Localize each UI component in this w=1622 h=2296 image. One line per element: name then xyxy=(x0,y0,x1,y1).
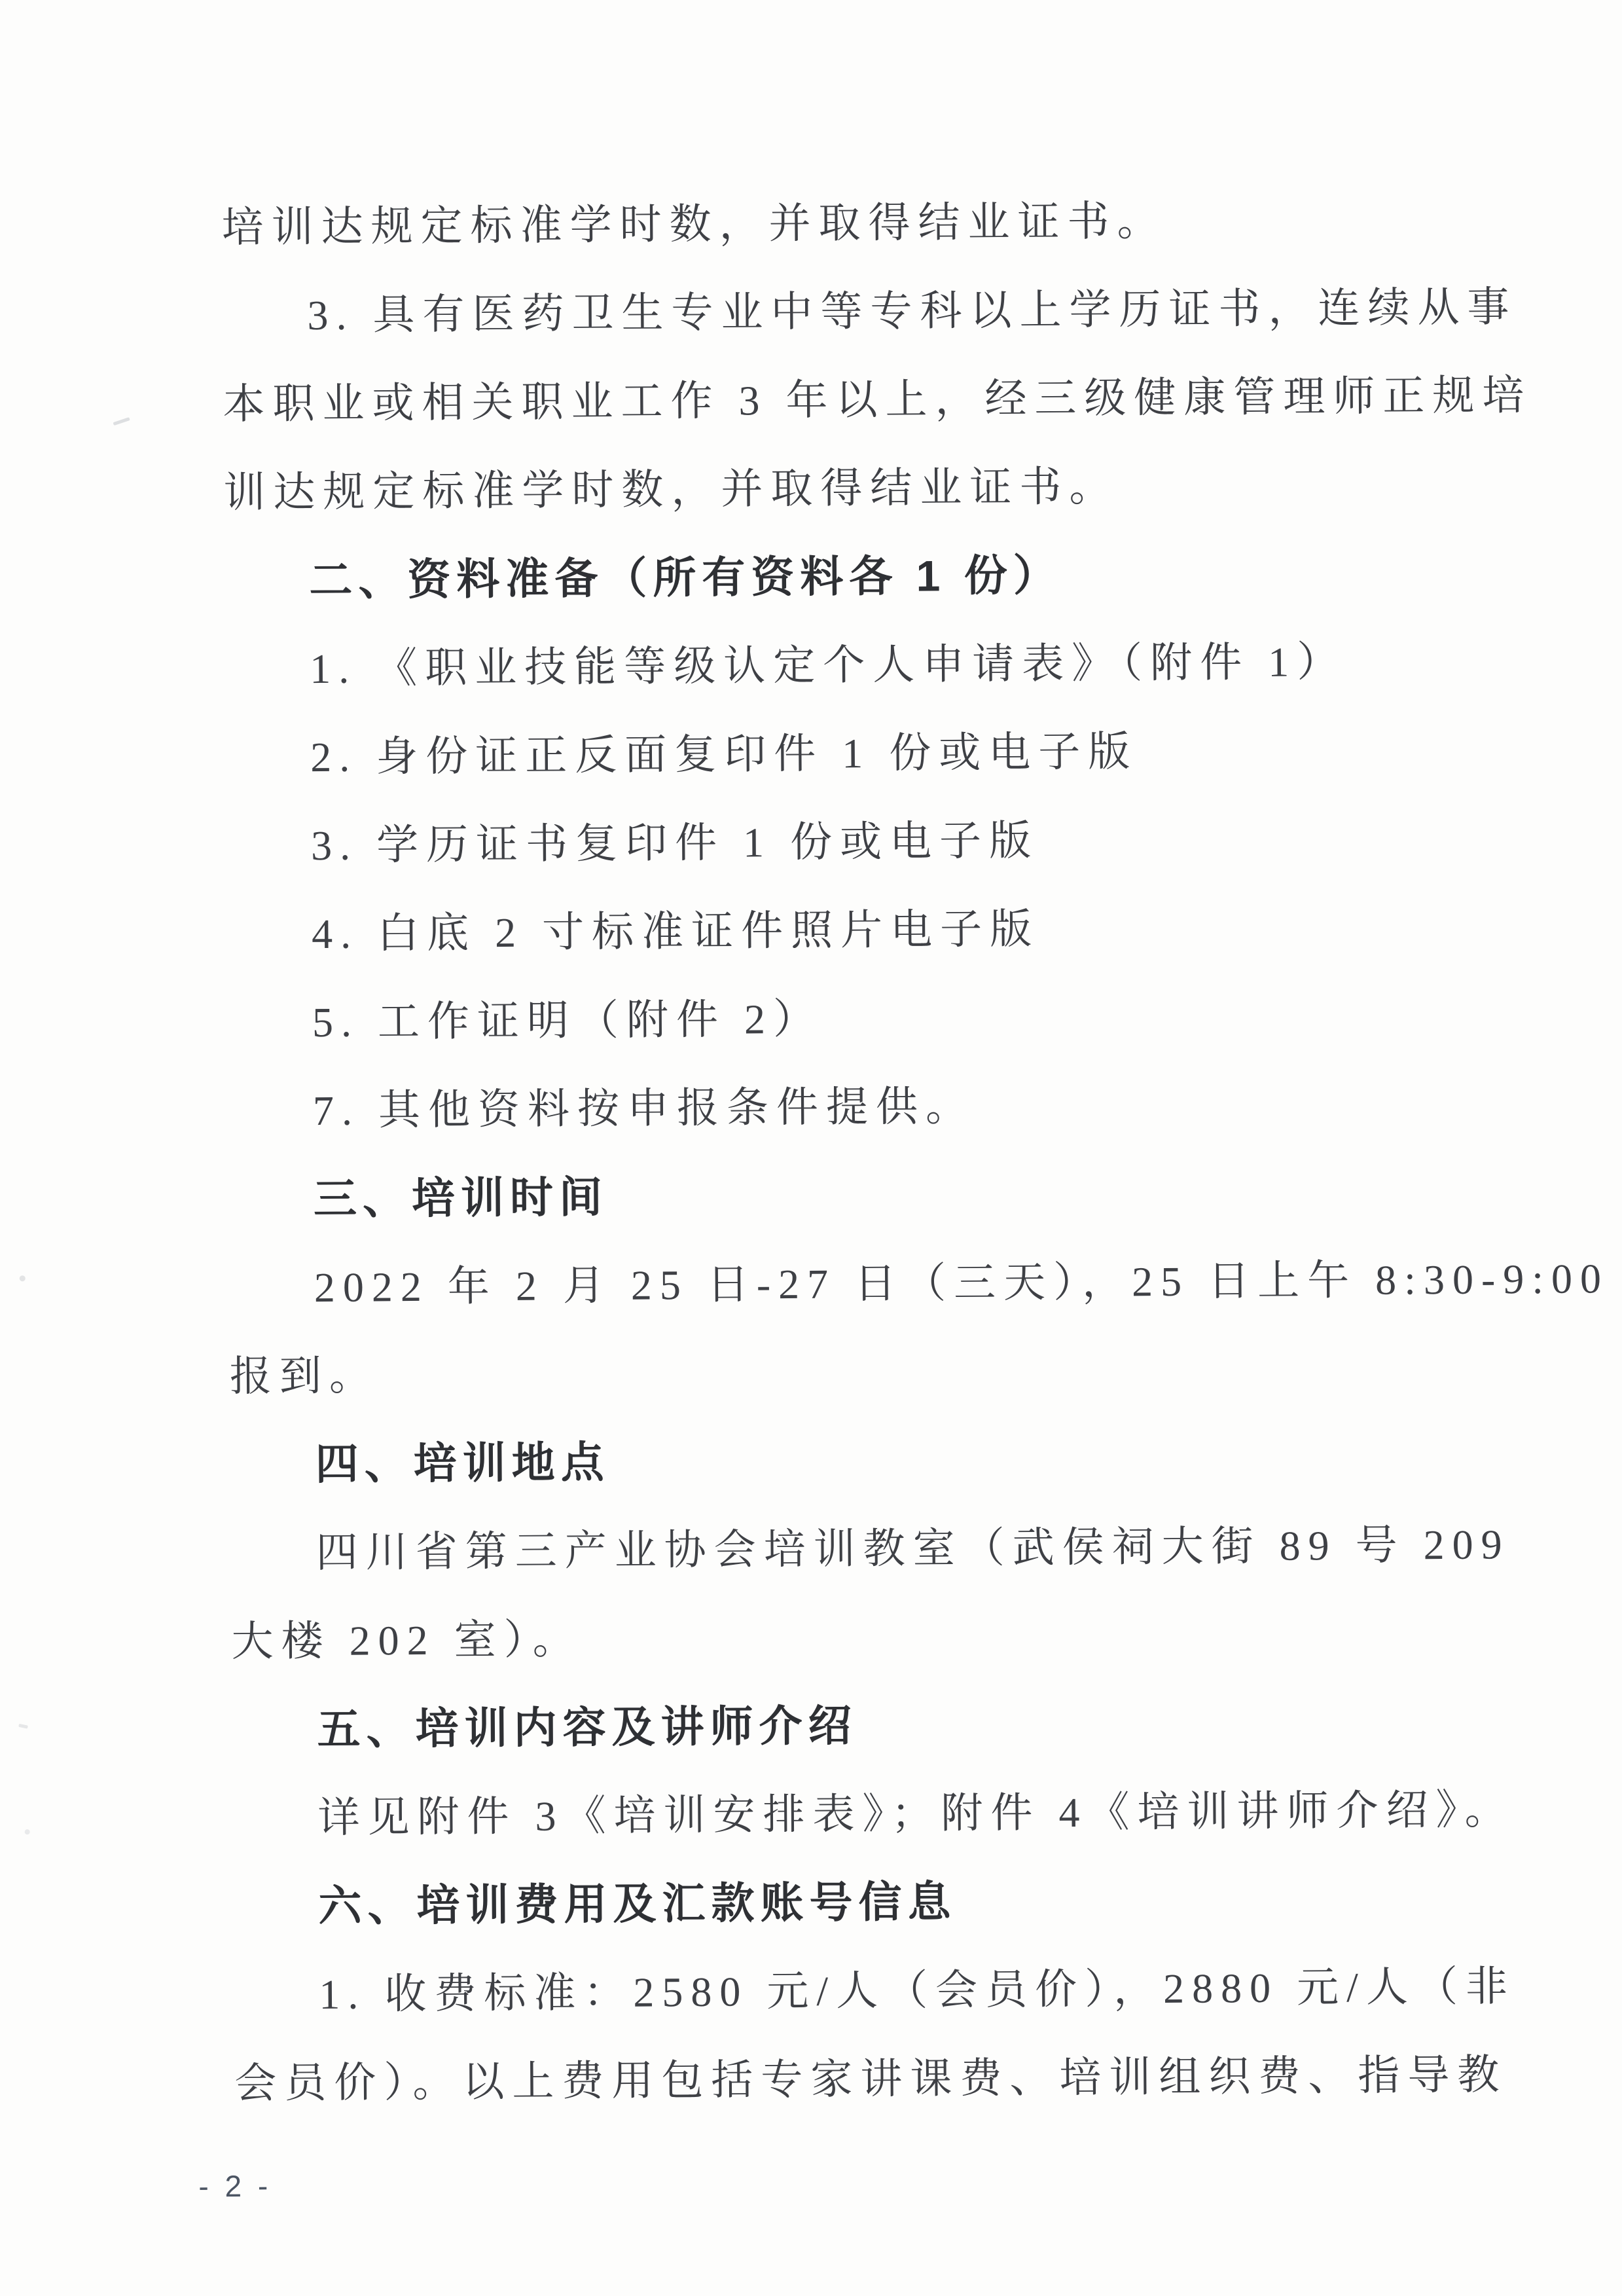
section-heading-materials: 二、资料准备（所有资料各 1 份） xyxy=(224,528,1540,625)
scan-artifact xyxy=(25,1829,30,1834)
scan-tilt-wrapper: 培训达规定标准学时数，并取得结业证书。 3. 具有医药卫生专业中等专科以上学历证… xyxy=(0,0,1622,2296)
fees-line-2: 会员价）。以上费用包括专家讲课费、培训组织费、指导教 xyxy=(234,2030,1551,2128)
training-location-line-1: 四川省第三产业协会培训教室（武侯祠大街 89 号 209 xyxy=(230,1500,1547,1597)
material-item-7: 7. 其他资料按申报条件提供。 xyxy=(228,1058,1544,1156)
document-body: 培训达规定标准学时数，并取得结业证书。 3. 具有医药卫生专业中等专科以上学历证… xyxy=(221,174,1551,2128)
material-item-2: 2. 身份证正反面复印件 1 份或电子版 xyxy=(225,704,1541,802)
page-number: - 2 - xyxy=(198,2168,272,2204)
scanned-document-page: 培训达规定标准学时数，并取得结业证书。 3. 具有医药卫生专业中等专科以上学历证… xyxy=(0,0,1622,2296)
section-heading-training-time: 三、培训时间 xyxy=(228,1146,1544,1244)
material-item-1: 1. 《职业技能等级认定个人申请表》（附件 1） xyxy=(225,616,1541,714)
training-location-line-2: 大楼 202 室）。 xyxy=(231,1588,1547,1686)
scan-artifact xyxy=(20,1275,26,1281)
section-heading-training-content: 五、培训内容及讲师介绍 xyxy=(232,1677,1548,1774)
material-item-4: 4. 白底 2 寸标准证件照片电子版 xyxy=(226,881,1543,979)
scan-artifact xyxy=(113,417,130,426)
para-requirement-3-line-2: 本职业或相关职业工作 3 年以上，经三级健康管理师正规培 xyxy=(223,351,1539,448)
section-heading-fees: 六、培训费用及汇款账号信息 xyxy=(233,1853,1549,1951)
training-time-line-2: 报到。 xyxy=(229,1323,1545,1421)
material-item-3: 3. 学历证书复印件 1 份或电子版 xyxy=(226,793,1542,890)
training-time-line-1: 2022 年 2 月 25 日-27 日（三天），25 日上午 8:30-9:0… xyxy=(228,1235,1545,1332)
training-content-line: 详见附件 3《培训安排表》；附件 4《培训讲师介绍》。 xyxy=(232,1765,1549,1863)
para-requirement-3: 3. 具有医药卫生专业中等专科以上学历证书，连续从事 xyxy=(222,263,1538,360)
para-prev-continuation: 培训达规定标准学时数，并取得结业证书。 xyxy=(221,174,1538,272)
para-requirement-3-line-3: 训达规定标准学时数，并取得结业证书。 xyxy=(223,439,1540,537)
material-item-5: 5. 工作证明（附件 2） xyxy=(227,970,1543,1067)
fees-line-1: 1. 收费标准：2580 元/人（会员价），2880 元/人（非 xyxy=(234,1942,1550,2039)
section-heading-training-location: 四、培训地点 xyxy=(230,1412,1546,1509)
scan-artifact xyxy=(18,1724,28,1729)
